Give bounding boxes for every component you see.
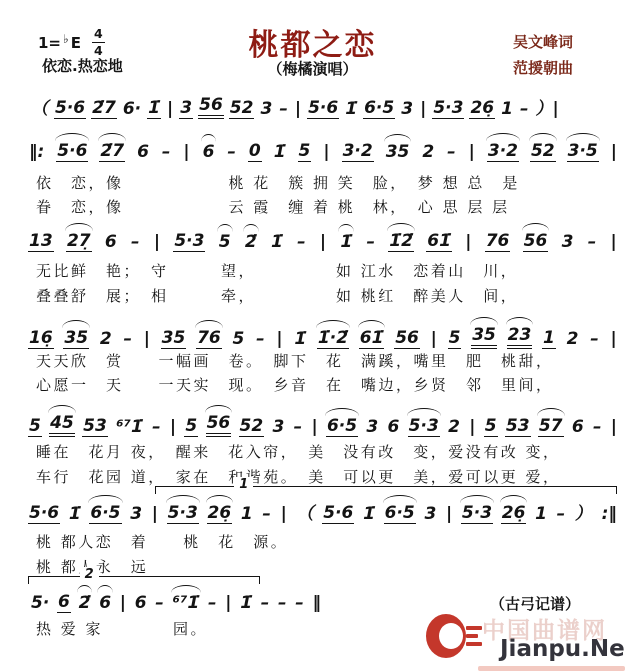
note-group: 53 [505,416,531,437]
note-group: | [119,593,127,613]
volta-2-label: 2 [80,567,99,582]
lyrics-line-3-verse1: 无比鲜 艳； 守 望， 如 江水 恋着山 川， [36,260,518,281]
note-group: 1 [500,99,514,119]
note-group: 3·5 [567,141,599,162]
note-group: 5 [298,141,312,162]
jianpu-watermark: 中国曲谱网 Jianpu.Net [420,606,625,672]
jianpu-logo-icon [426,614,482,658]
note-group: – [130,232,141,252]
note-group: 6 [136,142,150,162]
note-group: 6 [98,593,112,613]
watermark-site-name: Jianpu.Net [500,636,625,662]
note-group: 5· [30,593,50,613]
note-group: 1̇ [362,504,376,524]
note-group: 35 [161,328,187,349]
note-group: 1̇ [273,142,287,162]
note-group: | [419,99,427,119]
music-line-3: 1327̣6–|5·352̇1̇–|1̇–1̇2̇61̇|76563–| [28,231,618,252]
note-group: 56 [523,231,549,252]
note-group: 56 [394,328,420,349]
note-group: 61̇ [359,328,385,349]
note-group: – [277,593,288,613]
note-group: | [275,329,283,349]
music-line-7: 5·62̇6|6–⁶⁷1̇–|1̇–––‖ [30,592,322,613]
note-group: 3 [365,417,379,437]
note-group: 1̇ [339,232,353,252]
lyricist-credit: 吴文峰词 [513,30,573,56]
sheet-music-page: 1=♭E 4 4 依恋.热恋地 桃都之恋 （梅橘演唱） 吴文峰词 范援朝曲 （5… [0,0,625,672]
note-group: 0 [248,141,262,162]
note-group: ‖ [311,593,322,613]
note-group: 1 [534,504,548,524]
note-group: 56 [206,413,232,437]
composer-credit: 范援朝曲 [513,56,573,82]
logo-bars [466,622,482,650]
note-group: 6·5 [89,503,121,524]
note-group: | [310,417,318,437]
watermark-underline-bar [478,666,625,671]
note-group: 6 [202,142,216,162]
note-group: 1̇ [344,99,358,119]
note-group: – [255,329,266,349]
note-group: 6·5 [326,416,358,437]
note-group: 5·3 [167,503,199,524]
note-group: – [294,593,305,613]
note-group: – [587,232,598,252]
volta-1-label: 1 [234,477,253,492]
note-group: | [182,142,190,162]
note-group: 3 [423,504,437,524]
volta-bracket-1: 1 [155,486,617,494]
note-group: 3 [561,232,575,252]
note-group: | [143,329,151,349]
note-group: – [446,142,457,162]
note-group: 6·5 [363,98,395,119]
note-group: 5·6 [28,503,60,524]
note-group: 5·3 [408,416,440,437]
note-group: | [319,232,327,252]
note-group: 3 [179,98,193,119]
note-group: – [261,504,272,524]
note-group: 2 [566,329,580,349]
note-group: | [153,232,161,252]
note-group: 3·2 [342,141,374,162]
note-group: 6 [57,592,71,613]
note-group: 1 [240,504,254,524]
note-group: 3 [129,504,143,524]
note-group: 52 [530,141,556,162]
note-group: 2̇7 [91,98,117,119]
note-group: 5 [232,329,246,349]
note-group: – [366,232,377,252]
note-group: – [161,142,172,162]
note-group: | [445,504,453,524]
note-group: | [294,99,302,119]
note-group: | [464,232,472,252]
note-group: 61̇ [426,231,452,252]
lyrics-line-3-verse2: 叠叠舒 展； 相 牵， 如 桃红 醉美人 间， [36,285,518,306]
note-group: 6 [104,232,118,252]
note-group: – [151,417,162,437]
note-group: 26̣ [501,503,527,524]
note-group: 1̇ [239,593,253,613]
credits: 吴文峰词 范援朝曲 [513,30,573,81]
note-group: | [610,142,618,162]
music-line-6: 5·61̇6·53|5·326̣1–|（5·61̇6·53|5·326̣1–）:… [28,503,618,524]
lyrics-line-5-verse2: 车行 花园 道， 家在 和谐苑。 美 可以更 美，爱可以更 爱， [36,466,561,487]
note-group: 3·2 [487,141,519,162]
note-group: 5·6 [54,98,86,119]
note-group: – [278,99,289,119]
note-group: 5·6 [322,503,354,524]
note-group: – [589,329,600,349]
note-group: 52 [239,416,265,437]
note-group: ⁶⁷1̇ [115,417,144,437]
note-group: 6 [387,417,401,437]
note-group: | [430,329,438,349]
note-group: 5·6 [56,141,88,162]
note-group: 5·3 [173,231,205,252]
note-group: | [151,504,159,524]
note-group: 52 [229,98,255,119]
note-group: 5 [484,416,498,437]
note-group: 3 [259,99,273,119]
note-group: 5·3 [432,98,464,119]
lyrics-line-2-verse2: 眷 恋，像 云 霞 缠 着 桃 林， 心 思 层 层 [36,196,510,217]
note-group: – [260,593,271,613]
note-group: | [610,232,618,252]
note-group: 23 [507,325,533,349]
note-group: | [224,593,232,613]
note-group: 5·6 [307,98,339,119]
note-group: 16̣ [28,328,54,349]
note-group: 3 [400,99,414,119]
note-group: | [322,142,330,162]
note-group: 2̇7 [99,141,125,162]
note-group: – [519,99,530,119]
lyrics-line-6-verse1: 桃 都人恋 着 桃 花 源。 [36,531,288,552]
note-group: | [609,329,617,349]
note-group: 5·3 [461,503,493,524]
note-group: 2 [447,417,461,437]
lyrics-line-7: 热 爱 家 园。 [36,618,208,639]
music-line-4: 16̣352–|35765–|1̇1̇·2̇61̇56|5352312–| [28,325,618,349]
note-group: 53 [82,416,108,437]
music-line-5: 54553⁶⁷1̇–|556523–|6·5365·32|553576–| [28,413,618,437]
note-group: 57 [538,416,564,437]
note-group: | [169,417,177,437]
note-group: （ [296,504,315,524]
note-group: 5 [184,416,198,437]
note-group: 26̣ [469,98,495,119]
lyrics-line-5-verse1: 睡在 花月 夜， 醒来 花入帘， 美 没有改 变，爱没有改 变， [36,441,561,462]
note-group: – [592,417,603,437]
note-group: 27̣ [66,231,92,252]
note-group: ‖: [28,142,45,162]
lyrics-line-2-verse1: 依 恋，像 桃 花 簇 拥 笑 脸， 梦 想 总 是 [36,172,520,193]
note-group: 6·5 [384,503,416,524]
note-group: 76 [485,231,511,252]
note-group: 2 [99,329,113,349]
note-group: 3 [272,417,286,437]
note-group: 13 [28,231,54,252]
music-line-2: ‖:5·62̇76–|6–01̇5|3·2352–|3·2523·5| [28,141,618,162]
note-group: 5 [28,416,42,437]
volta-bracket-2: 2 [28,576,260,584]
note-group: 26̣ [207,503,233,524]
lyrics-line-4-verse1: 天天欣 赏 一幅画 卷。 脚下 花 满蹊，嘴里 肥 桃甜， [36,350,554,371]
note-group: | [468,417,476,437]
note-group: 56 [198,95,224,119]
note-group: 45 [49,413,75,437]
note-group: 5 [448,328,462,349]
note-group: ）| [535,99,560,119]
note-group: 35 [385,142,411,162]
note-group: 5 [218,232,232,252]
note-group: | [468,142,476,162]
note-group: 35 [63,328,89,349]
note-group: 6 [134,593,148,613]
note-group: 2 [421,142,435,162]
note-group: 1̇2̇ [388,231,414,252]
lyrics-line-4-verse2: 心愿一 天 一天实 现。 乡音 在 嘴边，乡贤 邻 里间， [36,374,554,395]
note-group: | [280,504,288,524]
music-line-intro: （5·62̇76·1̇|356523–|5·61̇6·53|5·326̣1–）| [30,95,560,119]
note-group: 1̇ [293,329,307,349]
note-group: 1̇·2̇ [317,328,349,349]
note-group: 1̇ [147,98,161,119]
note-group: 1̇ [68,504,82,524]
note-group: – [154,593,165,613]
note-group: 35 [471,325,497,349]
note-group: ⁶⁷1̇ [172,593,201,613]
note-group: :‖ [601,504,618,524]
note-group: 76 [196,328,222,349]
note-group: – [122,329,133,349]
note-group: 6· [122,99,142,119]
note-group: – [556,504,567,524]
note-group: 2̇ [78,593,92,613]
note-group: 1̇ [270,232,284,252]
note-group: 6 [571,417,585,437]
note-group: （ [30,99,49,119]
note-group: | [610,417,618,437]
note-group: 1 [542,328,556,349]
note-group: – [226,142,237,162]
note-group: – [293,417,304,437]
note-group: | [166,99,174,119]
note-group: ） [574,504,593,524]
note-group: – [296,232,307,252]
note-group: – [207,593,218,613]
note-group: 2̇ [244,232,258,252]
